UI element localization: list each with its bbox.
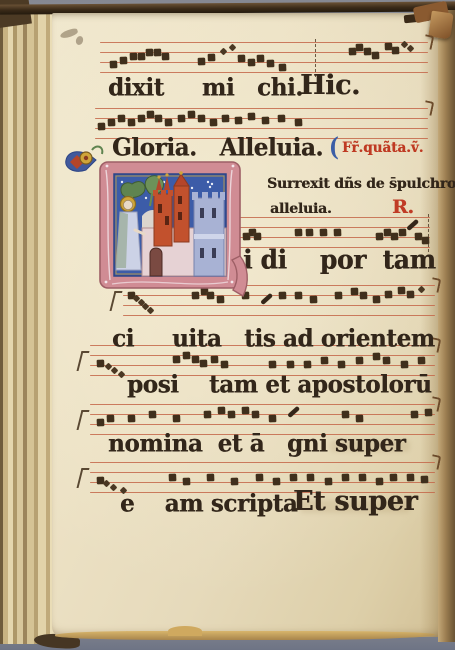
neume [165,119,172,126]
neume [210,119,217,126]
neume [207,474,214,481]
manuscript-photo: dixit mi chi. Hic. Gloria. Alleluia. ( F… [0,0,455,650]
neume [169,474,176,481]
tree-icon [121,182,145,198]
versicle-text: Surrexit dñs de s̄pulchro [267,176,455,192]
staff-line [237,237,430,238]
neume [425,409,432,416]
neume [242,407,249,414]
neume [287,361,294,368]
neume [407,45,414,52]
neume [257,55,264,62]
neume [238,55,245,62]
neume [279,292,286,299]
neume [183,478,190,485]
neume [218,407,225,414]
chant-text-et-super: Et super [293,486,417,517]
staff-line [90,482,435,483]
neume [324,478,331,485]
neume [229,44,236,51]
neume [376,478,383,485]
neume [252,411,259,418]
neume [392,47,399,54]
chant-text-eam-scripta: e am scripta [120,489,313,517]
neume [97,419,104,426]
neume [149,411,156,418]
neume [294,292,301,299]
neume [129,53,136,60]
neume [338,361,345,368]
staff-line [100,62,428,63]
neume [372,296,379,303]
neume [138,53,145,60]
versicle-alleluia: alleluia. [270,201,332,217]
neume [279,64,286,71]
neume [261,117,268,124]
neume [231,478,238,485]
neume [373,353,380,360]
neume [118,115,125,122]
neume [110,484,117,491]
neume [407,474,414,481]
staff-line [90,404,435,405]
neume [146,111,153,118]
neume [111,367,118,374]
neume [162,53,169,60]
chant-text-vidi-portam: i di por tam [243,244,436,274]
blue-paraph-mark: ( [329,132,339,162]
neume [255,474,262,481]
neume [278,115,285,122]
neume [211,356,218,363]
neume [333,229,340,236]
neume [287,406,299,417]
chant-text-hic: Hic. [300,70,360,101]
staff-line [95,128,428,129]
city-gate [150,248,162,276]
staff-line [90,472,435,473]
neume [422,237,429,244]
neume [188,111,195,118]
neume [310,296,317,303]
chant-text-positam: posi tam et apostolorū [127,370,431,398]
neume [220,48,227,55]
neume [320,229,327,236]
neume [399,229,406,236]
neume [155,115,162,122]
chant-text-line: dixit mi chi. [108,73,303,101]
neume [411,411,418,418]
neume [335,292,342,299]
neume [192,356,199,363]
neume [97,360,104,367]
neume [107,415,114,422]
staff-line [90,414,435,415]
neume [407,291,414,298]
neume [128,415,135,422]
orange-tower-2 [174,171,189,242]
neume [372,52,379,59]
neume [307,474,314,481]
page-gutter-edge [438,10,455,642]
neume [406,219,418,230]
illuminated-initial-U [62,138,252,308]
neume [128,119,135,126]
neume [247,59,254,66]
neume [198,58,205,65]
neume [273,478,280,485]
neume [221,115,228,122]
neume [290,474,297,481]
neume [221,361,228,368]
neume [418,286,425,293]
neume [414,233,421,240]
neume [356,357,363,364]
neume [359,474,366,481]
neume [98,123,105,130]
neume [391,233,398,240]
neume [385,291,392,298]
neume [360,292,367,299]
neume [173,356,180,363]
staff-line [95,108,428,109]
neume [147,307,154,314]
page-bottom-bump [168,626,202,636]
neume [208,54,215,61]
music-staff [100,42,428,76]
neume [228,411,235,418]
neume [269,415,276,422]
neume [351,288,358,295]
neume [390,474,397,481]
neume [342,411,349,418]
neume [295,119,302,126]
staff-line [90,462,435,463]
neume [342,474,349,481]
neume [154,49,161,56]
responsory-mark: R. [392,196,414,218]
neume [356,415,363,422]
neume [108,119,115,126]
page-bottom-edge [55,631,435,640]
neume [421,476,428,483]
staff-line [90,424,435,425]
neume [178,115,185,122]
neume [306,229,313,236]
neume [376,233,383,240]
neume [397,287,404,294]
neume [349,48,356,55]
book-page-edges [0,10,58,644]
neume [364,48,371,55]
neume [204,411,211,418]
neume [146,49,153,56]
neume [173,415,180,422]
lilac-tower [192,192,225,276]
neume [254,233,261,240]
neume [183,352,190,359]
neume [110,61,117,68]
neume [295,229,302,236]
chant-text-nomina: nomina et ā gni super [108,429,405,457]
neume [138,115,145,122]
neume [120,57,127,64]
neume [267,60,274,67]
neume [356,44,363,51]
neume [384,229,391,236]
neume [400,361,407,368]
neume [235,117,242,124]
neume [304,361,311,368]
neume [383,357,390,364]
neume [118,371,125,378]
neume [418,357,425,364]
initial-flourish [66,147,103,172]
neume [321,357,328,364]
neume [200,360,207,367]
neume [248,113,255,120]
neume [198,115,205,122]
staff-line [90,365,435,366]
staff-line [100,42,428,43]
staff-line [123,315,435,316]
neume [104,363,111,370]
neume [269,361,276,368]
chant-text-civitatis: ci uita tis ad orientem [112,324,435,352]
red-rubric: Fr̃.quãta.ṽ. [342,140,423,156]
